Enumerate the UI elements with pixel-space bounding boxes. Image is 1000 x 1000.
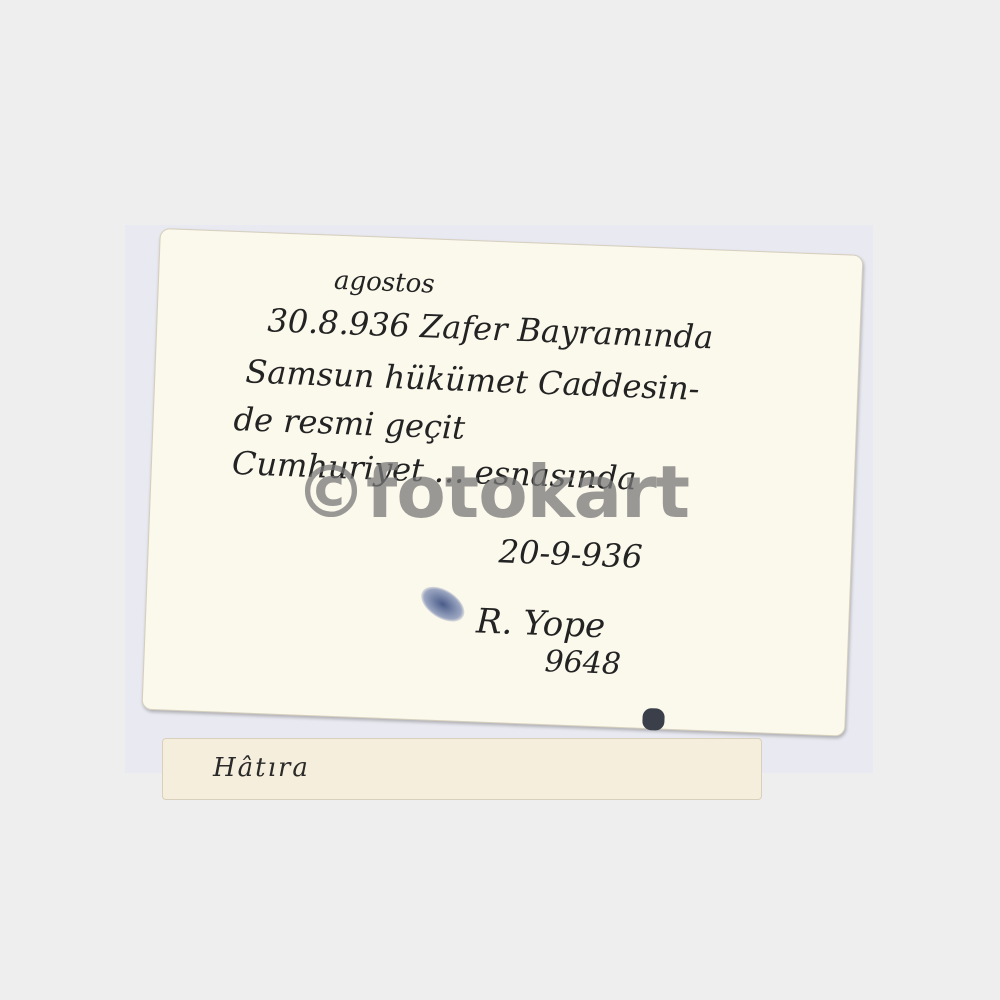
handwriting-line: 30.8.936 Zafer Bayramında [267,301,714,356]
signature: R. Yope [475,601,606,646]
handwriting-line: Samsun hükümet Caddesin- [245,352,700,407]
handwriting-line: agostos [334,266,436,300]
watermark: ©fotokart [295,450,689,534]
ink-stain [415,579,471,628]
signature-number: 9648 [544,644,622,682]
handwriting-line: de resmi geçit [233,400,466,447]
ink-stain [642,708,665,731]
handwriting-date: 20-9-936 [498,532,643,575]
second-photo-card: Hâtıra [162,738,762,800]
card-fragment-text: Hâtıra [213,753,310,783]
